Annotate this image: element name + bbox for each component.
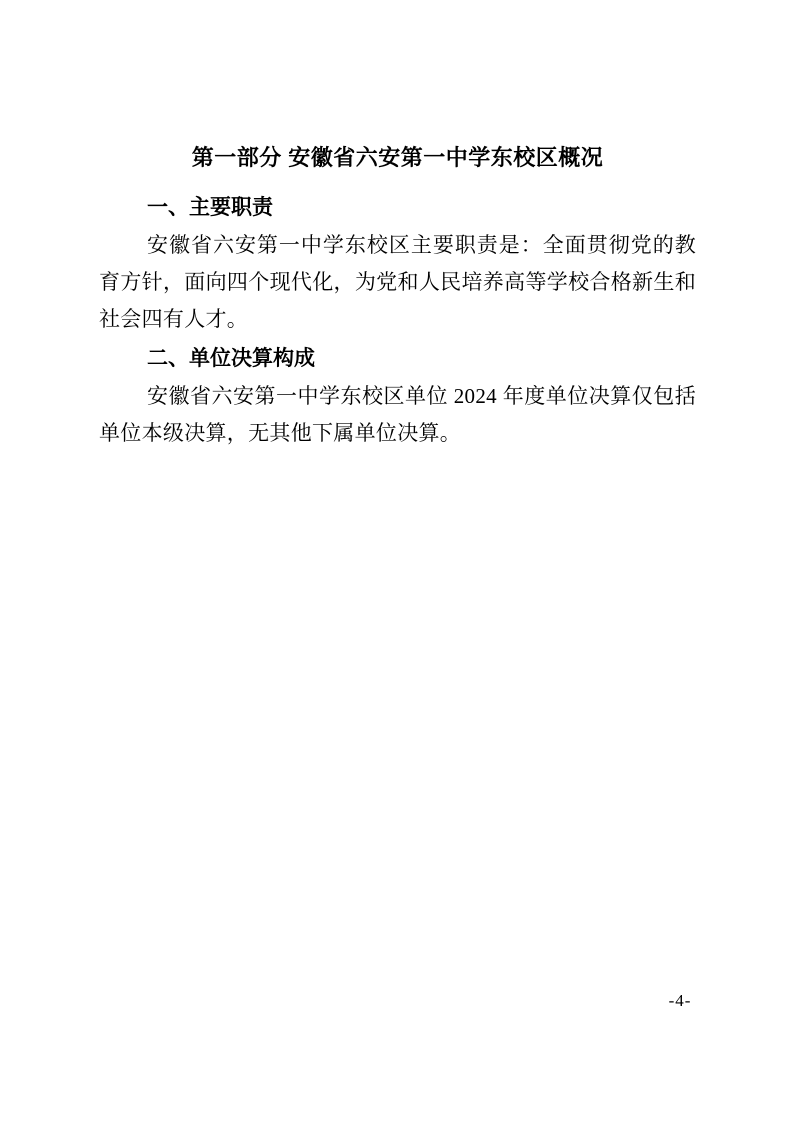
section-heading-budget-composition: 二、单位决算构成 — [99, 341, 696, 376]
paragraph-main-duties: 安徽省六安第一中学东校区主要职责是：全面贯彻党的教育方针，面向四个现代化，为党和… — [99, 227, 696, 338]
paragraph-budget-composition: 安徽省六安第一中学东校区单位 2024 年度单位决算仅包括单位本级决算，无其他下… — [99, 378, 696, 452]
document-content: 第一部分 安徽省六安第一中学东校区概况 一、主要职责 安徽省六安第一中学东校区主… — [99, 143, 696, 455]
page-title: 第一部分 安徽省六安第一中学东校区概况 — [99, 143, 696, 173]
document-page: 第一部分 安徽省六安第一中学东校区概况 一、主要职责 安徽省六安第一中学东校区主… — [0, 0, 793, 1122]
page-number: -4- — [655, 991, 705, 1011]
section-heading-main-duties: 一、主要职责 — [99, 190, 696, 225]
